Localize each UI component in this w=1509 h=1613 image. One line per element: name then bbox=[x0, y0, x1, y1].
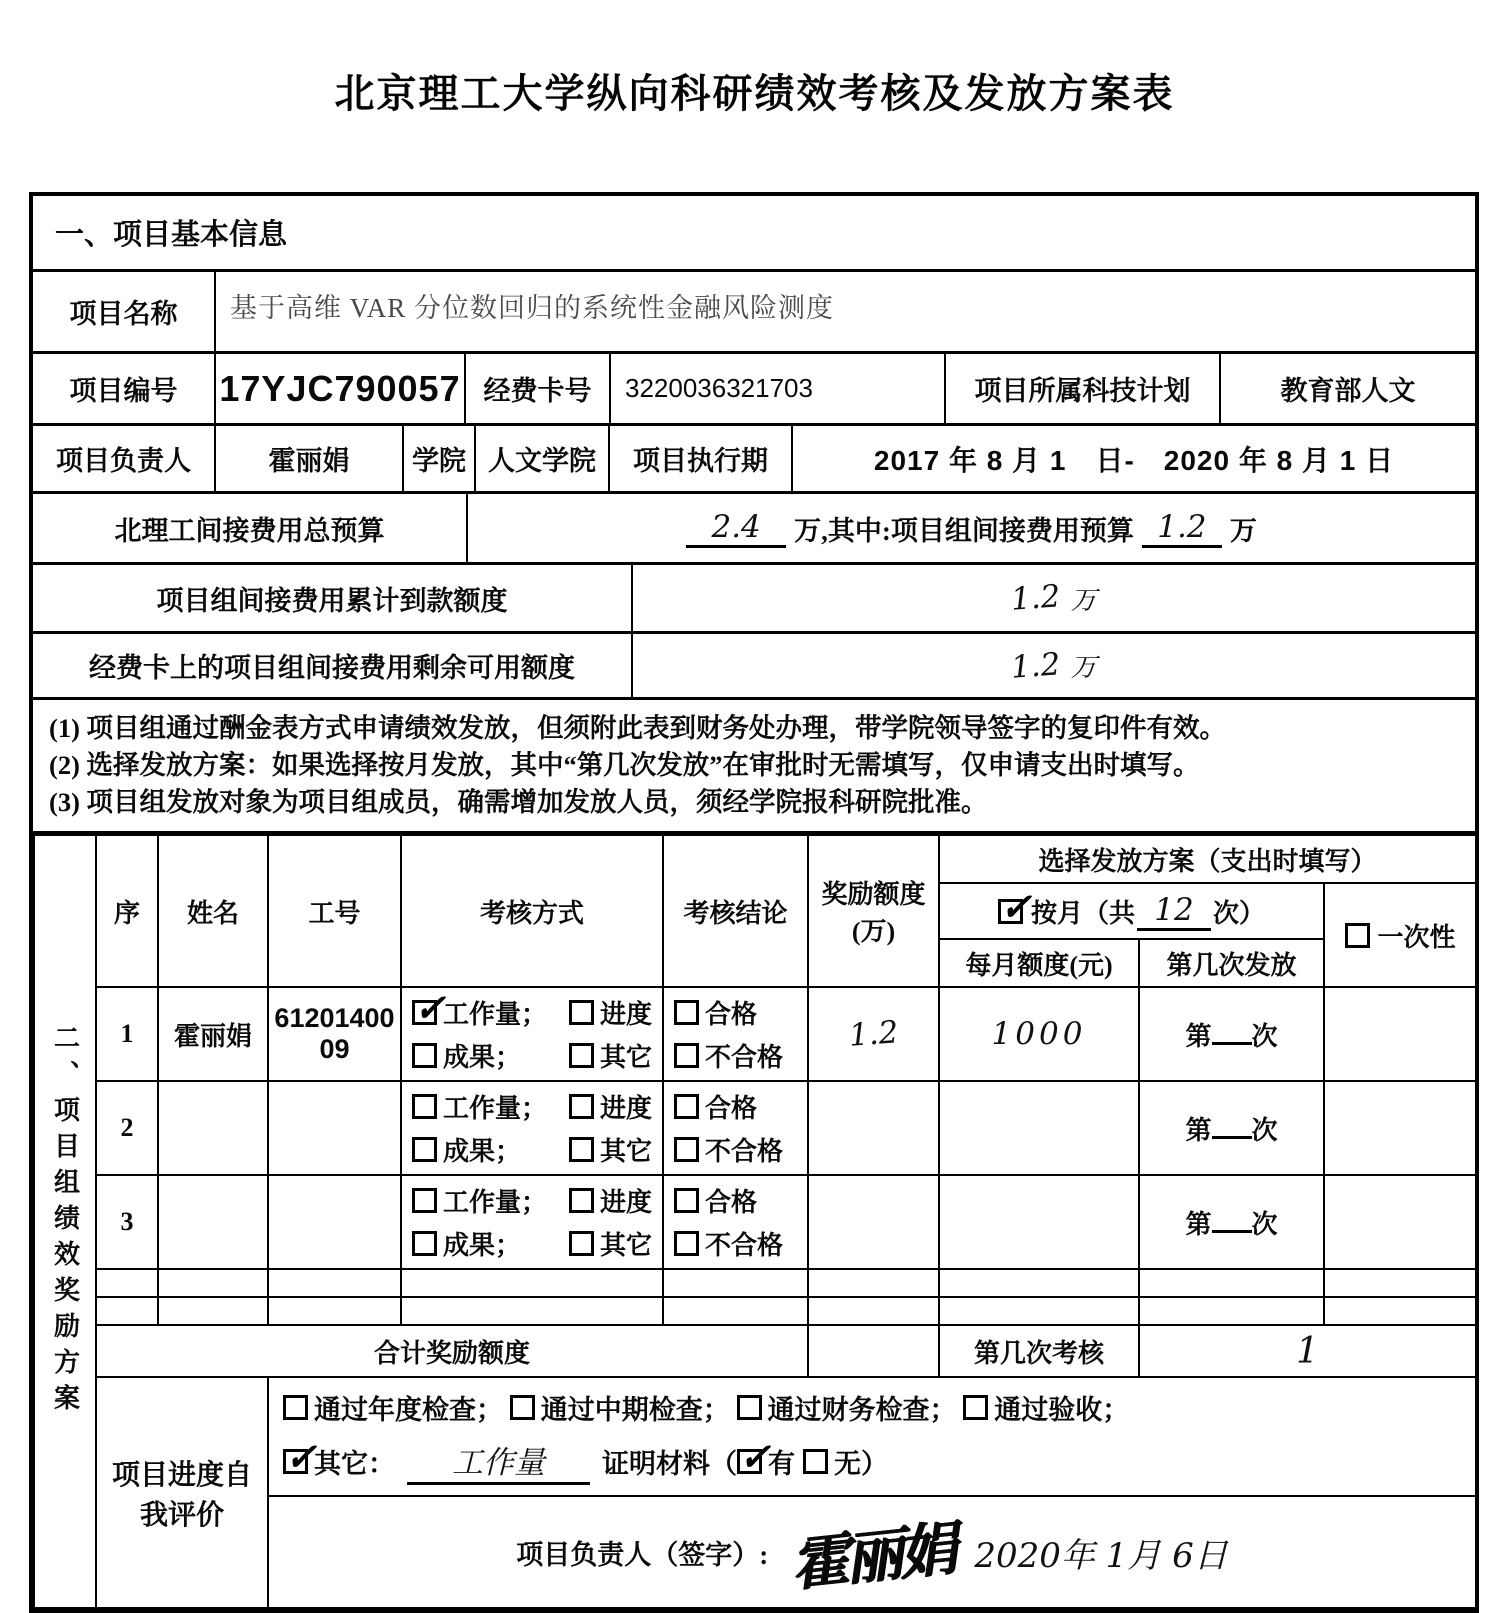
leader-value: 霍丽娟 bbox=[216, 426, 404, 491]
note-1: (1) 项目组通过酬金表方式申请绩效发放，但须附此表到财务处办理，带学院领导签字… bbox=[49, 710, 1226, 747]
checkmark-icon: ✓ bbox=[1000, 884, 1032, 929]
row1-seq: 1 bbox=[96, 987, 158, 1081]
row2-work-checkbox bbox=[412, 1094, 437, 1119]
row1-name: 霍丽娟 bbox=[158, 987, 268, 1081]
row3-pass-checkbox bbox=[674, 1188, 699, 1213]
signature-date-handwritten: 2020年 1月 6日 bbox=[974, 1528, 1227, 1577]
row1-fail-checkbox bbox=[674, 1043, 699, 1068]
times-post: 次 bbox=[1252, 1022, 1278, 1051]
empty-cell bbox=[939, 1297, 1139, 1325]
monthly-plan-cell: ✓ 按月（共 12 次） bbox=[939, 883, 1324, 939]
row2-progress-checkbox bbox=[569, 1094, 594, 1119]
result-label: 成果； bbox=[443, 1225, 521, 1262]
evidence-post-label: ） bbox=[861, 1442, 888, 1481]
budget-group-handwritten: 1.2 bbox=[1142, 509, 1222, 548]
reward-table: 二、项目组绩效奖励方案 序 姓名 工号 考核方式 考核结论 奖励额度 (万) 选… bbox=[33, 834, 1477, 1609]
signature-cell: 项目负责人（签字）: 霍丽娟 2020年 1月 6日 bbox=[268, 1496, 1476, 1608]
arrived-value-handwritten: 1.2 bbox=[1010, 578, 1062, 617]
row3-name bbox=[158, 1175, 268, 1269]
progress-label: 进度 bbox=[600, 1088, 652, 1125]
monthly-label-post: 次） bbox=[1213, 893, 1265, 930]
annual-check-checkbox bbox=[283, 1395, 308, 1420]
note-3: (3) 项目组发放对象为项目组成员，确需增加发放人员，须经学院报科研院批准。 bbox=[49, 784, 1226, 821]
period-value: 2017 年 8 月 1 日- 2020 年 8 月 1 日 bbox=[793, 426, 1475, 491]
row2-amount bbox=[808, 1081, 939, 1175]
college-value: 人文学院 bbox=[476, 426, 610, 491]
checkmark-icon: ✓ bbox=[285, 1434, 317, 1479]
result-label: 成果； bbox=[443, 1037, 521, 1074]
progress-label: 进度 bbox=[600, 1182, 652, 1219]
evidence-pre-label: 证明材料（ bbox=[602, 1442, 737, 1481]
row3-once bbox=[1324, 1175, 1476, 1269]
row3-progress-checkbox bbox=[569, 1188, 594, 1213]
row2-fail-checkbox bbox=[674, 1137, 699, 1162]
col-header-name: 姓名 bbox=[158, 835, 268, 987]
empty-cell bbox=[96, 1269, 158, 1297]
member-row-3: 3 工作量； 进度 成果； 其它 合格 不合格 bbox=[34, 1175, 1476, 1269]
plan-header: 选择发放方案（支出时填写） bbox=[939, 835, 1476, 883]
empty-cell bbox=[268, 1297, 401, 1325]
finance-check-checkbox bbox=[737, 1395, 762, 1420]
fail-label: 不合格 bbox=[705, 1225, 783, 1262]
section1-header-row: 一、项目基本信息 bbox=[33, 196, 1475, 272]
row1-pass-checkbox bbox=[674, 1000, 699, 1025]
other-eval-value-handwritten: 工作量 bbox=[407, 1437, 590, 1485]
row3-conclusion-cell: 合格 不合格 bbox=[663, 1175, 808, 1269]
mid-check-checkbox bbox=[510, 1395, 535, 1420]
project-number-value: 17YJC790057 bbox=[216, 354, 466, 423]
row1-amount: 1.2 bbox=[808, 987, 939, 1081]
row1-conclusion-cell: 合格 不合格 bbox=[663, 987, 808, 1081]
empty-cell bbox=[663, 1297, 808, 1325]
assess-value-handwritten: 1 bbox=[1296, 1331, 1319, 1372]
other-eval-label: 其它： bbox=[314, 1442, 395, 1481]
row1-once bbox=[1324, 987, 1476, 1081]
row3-work-checkbox bbox=[412, 1188, 437, 1213]
section2-vertical-label: 二、项目组绩效奖励方案 bbox=[34, 835, 96, 1608]
monthly-checkbox: ✓ bbox=[998, 899, 1023, 924]
signature-label: 项目负责人（签字）: bbox=[516, 1533, 768, 1572]
total-amount-cell bbox=[808, 1325, 939, 1377]
section1-header: 一、项目基本信息 bbox=[33, 196, 1475, 269]
row2-monthly bbox=[939, 1081, 1139, 1175]
section2-table-wrap: 二、项目组绩效奖励方案 序 姓名 工号 考核方式 考核结论 奖励额度 (万) 选… bbox=[33, 834, 1475, 1609]
work-label: 工作量； bbox=[443, 994, 547, 1031]
times-post: 次 bbox=[1252, 1210, 1278, 1239]
project-name-row: 项目名称 基于高维 VAR 分位数回归的系统性金融风险测度 bbox=[33, 272, 1475, 354]
member-row-1: 1 霍丽娟 6120140009 ✓工作量； 进度 成果； 其它 合格 bbox=[34, 987, 1476, 1081]
row1-work-checkbox: ✓ bbox=[412, 1000, 437, 1025]
other-eval-checkbox: ✓ bbox=[283, 1449, 308, 1474]
row3-result-checkbox bbox=[412, 1231, 437, 1256]
monthly-label-pre: 按月（共 bbox=[1031, 893, 1135, 930]
row2-seq: 2 bbox=[96, 1081, 158, 1175]
row3-monthly bbox=[939, 1175, 1139, 1269]
fail-label: 不合格 bbox=[705, 1037, 783, 1074]
project-name-value: 基于高维 VAR 分位数回归的系统性金融风险测度 bbox=[216, 272, 1475, 351]
empty-cell bbox=[1324, 1297, 1476, 1325]
row3-seq: 3 bbox=[96, 1175, 158, 1269]
self-eval-content: 通过年度检查； 通过中期检查； 通过财务检查； 通过验收； ✓ 其它： 工作量 … bbox=[268, 1377, 1476, 1496]
form-title: 北京理工大学纵向科研绩效考核及发放方案表 bbox=[0, 0, 1509, 119]
col-header-method: 考核方式 bbox=[401, 835, 663, 987]
self-eval-label: 项目进度自我评价 bbox=[96, 1377, 268, 1608]
arrived-row: 项目组间接费用累计到款额度 1.2 万 bbox=[33, 565, 1475, 634]
remaining-value-cell: 1.2 万 bbox=[633, 634, 1475, 697]
empty-cell bbox=[939, 1269, 1139, 1297]
notes-row: (1) 项目组通过酬金表方式申请绩效发放，但须附此表到财务处办理，带学院领导签字… bbox=[33, 700, 1475, 834]
other-label: 其它 bbox=[600, 1037, 652, 1074]
empty-cell bbox=[158, 1297, 268, 1325]
times-blank bbox=[1212, 1208, 1252, 1233]
empty-cell bbox=[401, 1269, 663, 1297]
once-label: 一次性 bbox=[1378, 917, 1456, 954]
empty-cell bbox=[808, 1297, 939, 1325]
empty-cell bbox=[401, 1297, 663, 1325]
work-label: 工作量； bbox=[443, 1088, 547, 1125]
assess-value-cell: 1 bbox=[1139, 1325, 1476, 1377]
times-blank bbox=[1212, 1020, 1252, 1045]
acceptance-check-label: 通过验收； bbox=[994, 1388, 1129, 1427]
amount-header-line2: (万) bbox=[813, 911, 934, 948]
checkmark-icon: ✓ bbox=[739, 1434, 771, 1479]
budget-value-cell: 2.4 万,其中:项目组间接费用预算 1.2 万 bbox=[468, 494, 1475, 562]
budget-row: 北理工间接费用总预算 2.4 万,其中:项目组间接费用预算 1.2 万 bbox=[33, 494, 1475, 565]
once-cell: 一次性 bbox=[1324, 883, 1476, 987]
other-label: 其它 bbox=[600, 1131, 652, 1168]
note-2: (2) 选择发放方案：如果选择按月发放，其中“第几次发放”在审批时无需填写，仅申… bbox=[49, 747, 1226, 784]
budget-unit: 万 bbox=[1230, 509, 1257, 548]
result-label: 成果； bbox=[443, 1131, 521, 1168]
checkmark-icon: ✓ bbox=[414, 985, 446, 1030]
fail-label: 不合格 bbox=[705, 1131, 783, 1168]
row2-result-checkbox bbox=[412, 1137, 437, 1162]
row3-method-cell: 工作量； 进度 成果； 其它 bbox=[401, 1175, 663, 1269]
empty-row-1 bbox=[34, 1269, 1476, 1297]
row1-amount-handwritten: 1.2 bbox=[848, 1014, 900, 1053]
college-label: 学院 bbox=[404, 426, 476, 491]
project-number-row: 项目编号 17YJC790057 经费卡号 3220036321703 项目所属… bbox=[33, 354, 1475, 426]
annual-check-label: 通过年度检查； bbox=[314, 1388, 503, 1427]
row1-monthly-handwritten: 1000 bbox=[992, 1016, 1087, 1052]
budget-label: 北理工间接费用总预算 bbox=[33, 494, 468, 562]
assess-label: 第几次考核 bbox=[939, 1325, 1139, 1377]
finance-check-label: 通过财务检查； bbox=[768, 1388, 957, 1427]
remaining-value-handwritten: 1.2 bbox=[1010, 646, 1062, 685]
program-label: 项目所属科技计划 bbox=[946, 354, 1221, 423]
empty-cell bbox=[96, 1297, 158, 1325]
form-sheet: 一、项目基本信息 项目名称 基于高维 VAR 分位数回归的系统性金融风险测度 项… bbox=[29, 192, 1479, 1613]
empty-row-2 bbox=[34, 1297, 1476, 1325]
arrived-value-cell: 1.2 万 bbox=[633, 565, 1475, 631]
empty-cell bbox=[1324, 1269, 1476, 1297]
fund-card-label: 经费卡号 bbox=[466, 354, 611, 423]
signature: 霍丽娟 bbox=[786, 1502, 956, 1602]
col-header-monthly-amount: 每月额度(元) bbox=[939, 939, 1139, 987]
pass-label: 合格 bbox=[705, 1182, 757, 1219]
row2-empid bbox=[268, 1081, 401, 1175]
project-name-label: 项目名称 bbox=[33, 272, 216, 351]
row1-which-payment: 第次 bbox=[1139, 987, 1324, 1081]
fund-card-value: 3220036321703 bbox=[611, 354, 946, 423]
project-number-label: 项目编号 bbox=[33, 354, 216, 423]
evidence-have-checkbox: ✓ bbox=[737, 1449, 762, 1474]
col-header-amount: 奖励额度 (万) bbox=[808, 835, 939, 987]
row2-once bbox=[1324, 1081, 1476, 1175]
empty-cell bbox=[1139, 1269, 1324, 1297]
row1-progress-checkbox bbox=[569, 1000, 594, 1025]
evidence-none-checkbox bbox=[803, 1449, 828, 1474]
leader-label: 项目负责人 bbox=[33, 426, 216, 491]
amount-header-line1: 奖励额度 bbox=[813, 874, 934, 911]
col-header-empid: 工号 bbox=[268, 835, 401, 987]
budget-mid-text: 万,其中:项目组间接费用预算 bbox=[794, 509, 1134, 548]
once-checkbox bbox=[1345, 923, 1370, 948]
budget-total-handwritten: 2.4 bbox=[686, 509, 786, 548]
arrived-unit: 万 bbox=[1071, 580, 1097, 617]
row3-empid bbox=[268, 1175, 401, 1269]
row2-method-cell: 工作量； 进度 成果； 其它 bbox=[401, 1081, 663, 1175]
row3-which-payment: 第次 bbox=[1139, 1175, 1324, 1269]
notes-block: (1) 项目组通过酬金表方式申请绩效发放，但须附此表到财务处办理，带学院领导签字… bbox=[33, 700, 1242, 831]
col-header-which-payment: 第几次发放 bbox=[1139, 939, 1324, 987]
row2-other-checkbox bbox=[569, 1137, 594, 1162]
member-row-2: 2 工作量； 进度 成果； 其它 合格 不合格 bbox=[34, 1081, 1476, 1175]
row1-empid: 6120140009 bbox=[268, 987, 401, 1081]
times-blank bbox=[1212, 1114, 1252, 1139]
arrived-label: 项目组间接费用累计到款额度 bbox=[33, 565, 633, 631]
total-row: 合计奖励额度 第几次考核 1 bbox=[34, 1325, 1476, 1377]
row3-fail-checkbox bbox=[674, 1231, 699, 1256]
row1-monthly: 1000 bbox=[939, 987, 1139, 1081]
header-row-1: 二、项目组绩效奖励方案 序 姓名 工号 考核方式 考核结论 奖励额度 (万) 选… bbox=[34, 835, 1476, 883]
remaining-row: 经费卡上的项目组间接费用剩余可用额度 1.2 万 bbox=[33, 634, 1475, 700]
pass-label: 合格 bbox=[705, 994, 757, 1031]
row2-conclusion-cell: 合格 不合格 bbox=[663, 1081, 808, 1175]
empty-cell bbox=[158, 1269, 268, 1297]
progress-label: 进度 bbox=[600, 994, 652, 1031]
self-eval-check-row: 项目进度自我评价 通过年度检查； 通过中期检查； 通过财务检查； 通过验收； ✓… bbox=[34, 1377, 1476, 1496]
row1-other-checkbox bbox=[569, 1043, 594, 1068]
empty-cell bbox=[663, 1269, 808, 1297]
times-pre: 第 bbox=[1185, 1210, 1211, 1239]
empty-cell bbox=[268, 1269, 401, 1297]
empty-cell bbox=[1139, 1297, 1324, 1325]
times-pre: 第 bbox=[1185, 1022, 1211, 1051]
other-label: 其它 bbox=[600, 1225, 652, 1262]
row3-amount bbox=[808, 1175, 939, 1269]
total-label: 合计奖励额度 bbox=[96, 1325, 808, 1377]
evidence-have-label: 有 bbox=[768, 1442, 795, 1481]
work-label: 工作量； bbox=[443, 1182, 547, 1219]
acceptance-check-checkbox bbox=[963, 1395, 988, 1420]
times-post: 次 bbox=[1252, 1116, 1278, 1145]
mid-check-label: 通过中期检查； bbox=[541, 1388, 730, 1427]
row1-method-cell: ✓工作量； 进度 成果； 其它 bbox=[401, 987, 663, 1081]
evidence-none-label: 无 bbox=[834, 1442, 861, 1481]
row2-which-payment: 第次 bbox=[1139, 1081, 1324, 1175]
program-value: 教育部人文 bbox=[1221, 354, 1475, 423]
monthly-times-handwritten: 12 bbox=[1137, 892, 1211, 931]
period-label: 项目执行期 bbox=[610, 426, 793, 491]
pass-label: 合格 bbox=[705, 1088, 757, 1125]
col-header-conclusion: 考核结论 bbox=[663, 835, 808, 987]
empty-cell bbox=[808, 1269, 939, 1297]
row1-result-checkbox bbox=[412, 1043, 437, 1068]
row2-name bbox=[158, 1081, 268, 1175]
times-pre: 第 bbox=[1185, 1116, 1211, 1145]
remaining-label: 经费卡上的项目组间接费用剩余可用额度 bbox=[33, 634, 633, 697]
leader-row: 项目负责人 霍丽娟 学院 人文学院 项目执行期 2017 年 8 月 1 日- … bbox=[33, 426, 1475, 494]
row2-pass-checkbox bbox=[674, 1094, 699, 1119]
remaining-unit: 万 bbox=[1071, 647, 1097, 684]
col-header-seq: 序 bbox=[96, 835, 158, 987]
row3-other-checkbox bbox=[569, 1231, 594, 1256]
